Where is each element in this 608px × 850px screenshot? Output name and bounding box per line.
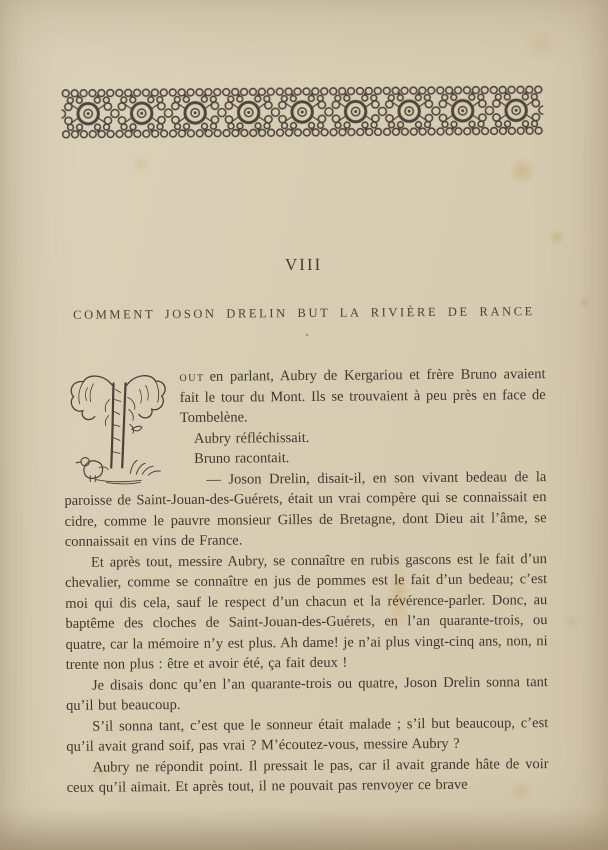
paragraph-text: Bruno racontait. bbox=[194, 450, 289, 467]
paragraph-8: Aubry ne répondit point. Il pressait le … bbox=[66, 754, 548, 799]
paragraph-text: Aubry ne répondit point. Il pressait le … bbox=[67, 756, 549, 796]
chapter-title: COMMENT JOSON DRELIN BUT LA RIVIÈRE DE R… bbox=[63, 304, 545, 323]
drop-cap-tree-bird-illustration bbox=[65, 369, 168, 486]
page-content: VIII COMMENT JOSON DRELIN BUT LA RIVIÈRE… bbox=[61, 84, 549, 798]
body-text: outen parlant, Aubry de Kergariou et frè… bbox=[63, 364, 548, 798]
paragraph-text: Je disais donc qu’en l’an quarante-trois… bbox=[66, 674, 548, 714]
lead-small-caps: out bbox=[179, 369, 204, 385]
ornament-band-icon bbox=[61, 84, 543, 140]
paragraph-text: Aubry réfléchissait. bbox=[194, 429, 309, 446]
paragraph-text: en parlant, Aubry de Kergariou et frère … bbox=[180, 366, 546, 426]
book-page-scan: VIII COMMENT JOSON DRELIN BUT LA RIVIÈRE… bbox=[0, 0, 608, 850]
paragraph-1: outen parlant, Aubry de Kergariou et frè… bbox=[63, 364, 545, 429]
paragraph-6: Je disais donc qu’en l’an quarante-trois… bbox=[66, 672, 548, 717]
paragraph-5: Et après tout, messire Aubry, se connaît… bbox=[65, 549, 548, 676]
paragraph-7: S’il sonna tant, c’est que le sonneur ét… bbox=[66, 713, 548, 758]
paragraph-text: S’il sonna tant, c’est que le sonneur ét… bbox=[66, 715, 548, 755]
paragraph-text: Et après tout, messire Aubry, se connaît… bbox=[65, 551, 548, 673]
chapter-number: VIII bbox=[63, 253, 545, 277]
